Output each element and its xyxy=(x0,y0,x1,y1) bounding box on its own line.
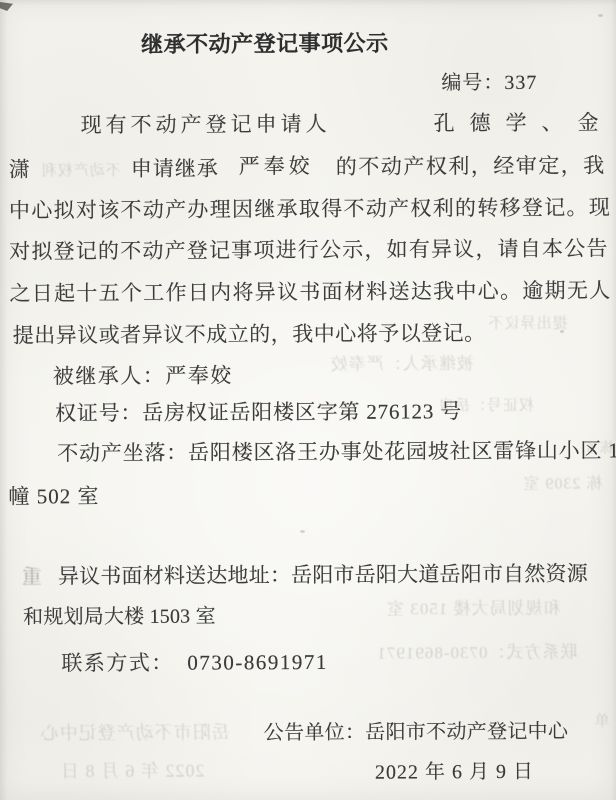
bleedthrough-text: 提出异议不 xyxy=(488,317,568,332)
body-line-2-name-cont: 潇 xyxy=(9,157,31,181)
bleedthrough-text: 栋 6 xyxy=(586,442,614,456)
bleedthrough-text: 联系方式：0730-8691971 xyxy=(376,644,577,662)
bleedthrough-smudge: 重 xyxy=(21,567,42,587)
notice-number: 编号：337 xyxy=(441,72,537,96)
field-property-location-line2: 幢 502 室 xyxy=(8,484,99,509)
field-contact-phone: 联系方式： 0730-8691971 xyxy=(61,650,328,676)
field-objection-address-line1: 异议书面材料送达地址：岳阳市岳阳大道岳阳市自然资源 xyxy=(58,562,588,589)
page-title: 继承不动产登记事项公示 xyxy=(141,31,389,58)
bleedthrough-text: 被继承人：严奉姣 xyxy=(330,355,474,373)
bleedthrough-text: 单 xyxy=(594,714,610,729)
body-line-2-decedent-name: 严奉姣 xyxy=(239,154,314,179)
body-line-2-rest: 的不动产权利，经审定，我 xyxy=(336,153,606,179)
bleedthrough-text: 2022 年 6 月 8 日 xyxy=(60,762,205,781)
notice-content: 继承不动产登记事项公示 编号：337 现有不动产登记申请人 孔德学、金 潇 申请… xyxy=(0,0,616,800)
field-objection-address-line2: 和规划局大楼 1503 室 xyxy=(23,605,216,629)
footer-issuing-unit: 公告单位：岳阳市不动产登记中心 xyxy=(264,721,569,746)
field-property-location-line1: 不动产坐落：岳阳楼区洛王办事处花园坡社区雷锋山小区 1 xyxy=(57,438,616,465)
bleedthrough-text: 和规划局大楼 1503 室 xyxy=(386,600,561,618)
bleedthrough-text: 岳阳市不动产登记中心 xyxy=(40,723,230,742)
field-decedent: 被继承人：严奉姣 xyxy=(53,363,233,388)
field-certificate-number: 权证号：岳房权证岳阳楼区字第 276123 号 xyxy=(55,399,462,425)
footer-date: 2022 年 6 月 9 日 xyxy=(375,761,534,785)
body-line-6: 提出异议或者异议不成立的，我中心将予以登记。 xyxy=(13,321,486,348)
body-line-1-applicants: 孔德学、金 xyxy=(433,110,613,135)
scanned-notice-page: 继承不动产登记事项公示 编号：337 现有不动产登记申请人 孔德学、金 潇 申请… xyxy=(0,0,616,800)
bleedthrough-text: 权证号：岳房 xyxy=(438,399,534,415)
body-line-5: 之日起十五个工作日内将异议书面材料送达我中心。逾期无人 xyxy=(9,278,611,305)
body-line-1-label: 现有不动产登记申请人 xyxy=(80,112,330,137)
body-line-2-apply: 申请继承 xyxy=(131,156,219,181)
bleedthrough-text: 栋 2309 室 xyxy=(522,476,602,492)
body-line-4: 对拟登记的不动产登记事项进行公示，如有异议，请自本公告 xyxy=(9,236,609,263)
body-line-3: 中心拟对该不动产办理因继承取得不动产权利的转移登记。现 xyxy=(9,195,611,222)
bleedthrough-text: 不动产权利 xyxy=(41,164,121,179)
